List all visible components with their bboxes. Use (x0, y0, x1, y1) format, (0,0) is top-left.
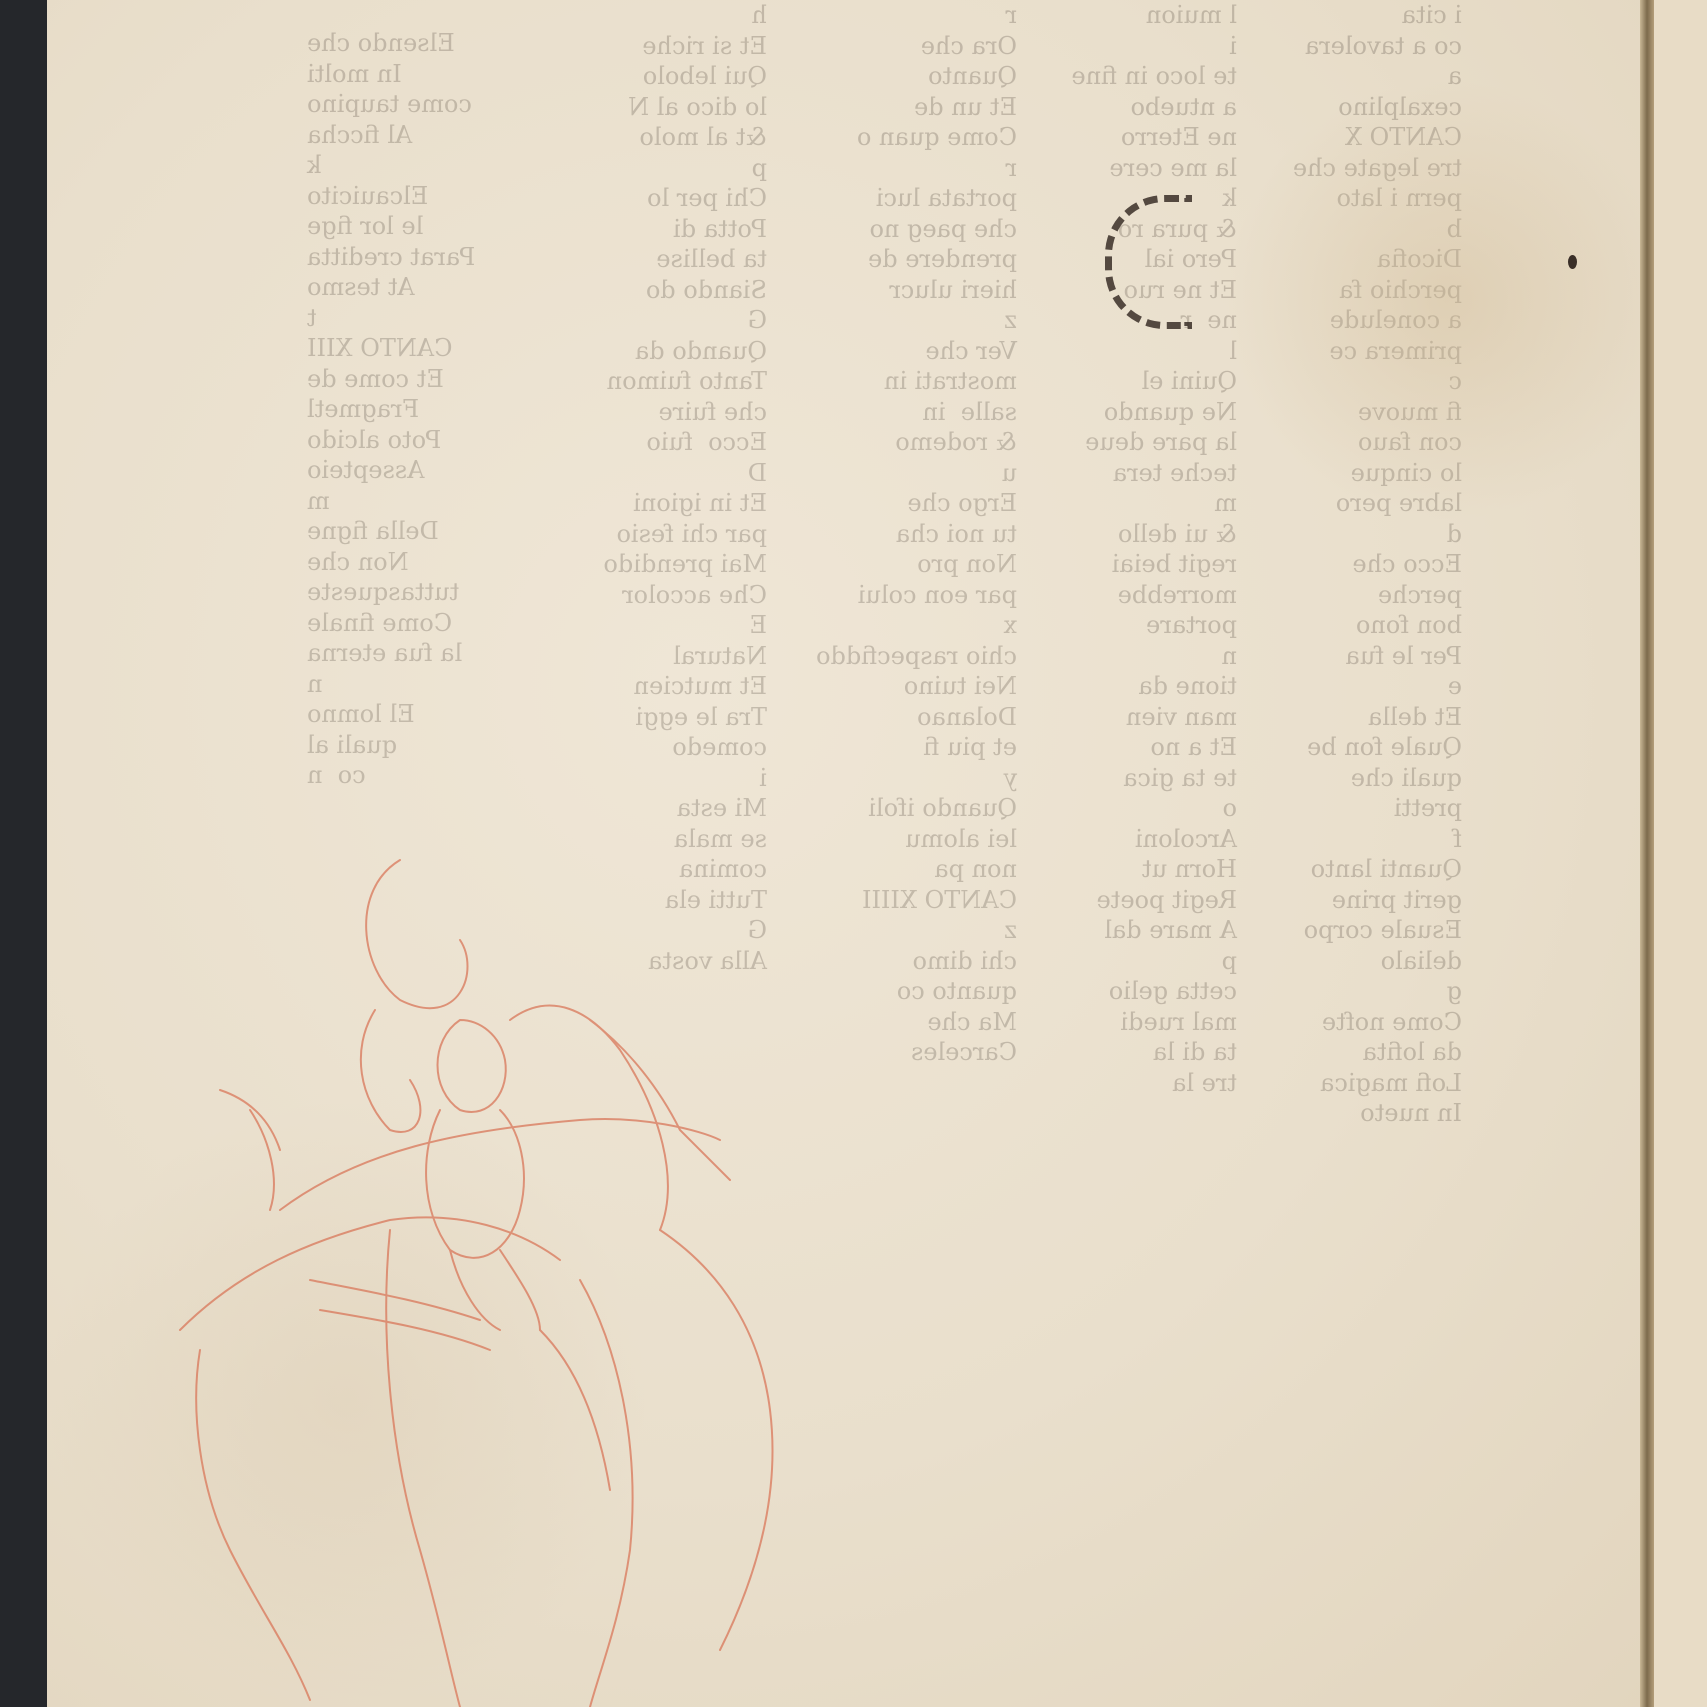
show-through-line: g (1242, 976, 1462, 1007)
show-through-line: Come quan o (787, 122, 1017, 153)
show-through-line: come taupino (307, 89, 497, 120)
show-through-line: portare (1037, 610, 1237, 641)
show-through-line: c (1242, 366, 1462, 397)
show-through-line: Et in igioni (557, 488, 767, 519)
show-through-line: & ui dello (1037, 519, 1237, 550)
show-through-line: comedo (557, 732, 767, 763)
show-through-line: Et come de (307, 364, 497, 395)
show-through-line: Non pro (787, 549, 1017, 580)
show-through-line: tione da (1037, 671, 1237, 702)
show-through-line: quali al (307, 730, 497, 761)
show-through-line: che fuire (557, 397, 767, 428)
show-through-line: lo dico al N (557, 92, 767, 123)
show-through-line: E (557, 610, 767, 641)
show-through-line: mostrati in (787, 366, 1017, 397)
show-through-line: par eon colui (787, 580, 1017, 611)
show-through-line: f (1242, 824, 1462, 855)
show-through-line: Ne quando (1037, 397, 1237, 428)
show-through-line: lo cinque (1242, 458, 1462, 489)
red-chalk-sketch (160, 850, 840, 1707)
show-through-line: Horn ut (1037, 854, 1237, 885)
page-gutter (1640, 0, 1654, 1707)
show-through-line: tuttasqueste (307, 577, 497, 608)
show-through-line: CANTO XIII (307, 333, 497, 364)
show-through-line: regit beiai (1037, 549, 1237, 580)
show-through-line: Ecco fuio (557, 427, 767, 458)
show-through-text-column-1: Elsendo cheIn molticome taupinoAl ficcha… (307, 28, 497, 791)
show-through-line: i (557, 763, 767, 794)
show-through-line: ta bellise (557, 244, 767, 275)
show-through-line: i cita (1242, 0, 1462, 31)
show-through-line: A mare dal (1037, 915, 1237, 946)
show-through-line: la pare deue (1037, 427, 1237, 458)
show-through-line: Ora che (787, 31, 1017, 62)
show-through-line: Et un de (787, 92, 1017, 123)
show-through-line: chio raspecfiddo (787, 641, 1017, 672)
show-through-line: Fragmetl (307, 394, 497, 425)
show-through-line: hieri ulucr (787, 275, 1017, 306)
show-through-line: D (557, 458, 767, 489)
show-through-line: Lofi magica (1242, 1068, 1462, 1099)
show-through-line: Dicofia (1242, 244, 1462, 275)
show-through-line: Della figne (307, 516, 497, 547)
show-through-line: z (787, 305, 1017, 336)
show-through-line: p (1037, 946, 1237, 977)
show-through-text-column-4: l muionite loco in finea ntuebone Eterro… (1037, 0, 1237, 1098)
show-through-line: In molti (307, 59, 497, 90)
show-through-line: morrebbe (1037, 580, 1237, 611)
show-through-line: Dolanao (787, 702, 1017, 733)
show-through-line: Al ficcha (307, 120, 497, 151)
show-through-line: Quando da (557, 336, 767, 367)
show-through-line: Ecco che (1242, 549, 1462, 580)
show-through-line: da lofita (1242, 1037, 1462, 1068)
show-through-line: Et a no (1037, 732, 1237, 763)
show-through-line: co a tavolera (1242, 31, 1462, 62)
show-through-line: la me cere (1037, 153, 1237, 184)
show-through-line: la fua eterna (307, 638, 497, 669)
show-through-line: Quando ifoli (787, 793, 1017, 824)
show-through-line: e (1242, 671, 1462, 702)
show-through-line: Arcoloni (1037, 824, 1237, 855)
show-through-text-column-2: hEt si richeQui lebololo dico al N&t al … (557, 0, 767, 976)
show-through-line: delialo (1242, 946, 1462, 977)
show-through-line: k (307, 150, 497, 181)
show-through-line: Quanti lanto (1242, 854, 1462, 885)
show-through-line: fi muove (1242, 397, 1462, 428)
show-through-line: At tesmo (307, 272, 497, 303)
show-through-line: Parat creditta (307, 242, 497, 273)
show-through-line: Per le fua (1242, 641, 1462, 672)
show-through-line: m (1037, 488, 1237, 519)
show-through-line: gerit prine (1242, 885, 1462, 916)
show-through-line: n (1037, 641, 1237, 672)
show-through-line: man vien (1037, 702, 1237, 733)
show-through-line: Tra le eggi (557, 702, 767, 733)
show-through-line: portata luci (787, 183, 1017, 214)
show-through-line: a ntuebo (1037, 92, 1237, 123)
show-through-line: r (787, 153, 1017, 184)
show-through-line: Et della (1242, 702, 1462, 733)
show-through-line: teche tera (1037, 458, 1237, 489)
show-through-line: tre legate che (1242, 153, 1462, 184)
show-through-line: par chi fesio (557, 519, 767, 550)
show-through-line: te ta gica (1037, 763, 1237, 794)
show-through-line: le lor fige (307, 211, 497, 242)
show-through-line: Regit poete (1037, 885, 1237, 916)
show-through-line: a (1242, 61, 1462, 92)
show-through-line: l (1037, 336, 1237, 367)
show-through-line: r (787, 0, 1017, 31)
show-through-line: n (307, 669, 497, 700)
show-through-line: y (787, 763, 1017, 794)
show-through-line: Nei tuino (787, 671, 1017, 702)
show-through-line: i (1037, 31, 1237, 62)
show-through-line: Et si riche (557, 31, 767, 62)
binding-edge (0, 0, 47, 1707)
show-through-line: cexalplino (1242, 92, 1462, 123)
show-through-text-column-5: i citaco a tavoleraacexalplinoCANTO Xtre… (1242, 0, 1462, 1129)
show-through-line: primera ce (1242, 336, 1462, 367)
show-through-line: Mai prendido (557, 549, 767, 580)
show-through-line: Potta di (557, 214, 767, 245)
show-through-line: Siando do (557, 275, 767, 306)
show-through-line: co n (307, 760, 497, 791)
show-through-line: tu noi cha (787, 519, 1017, 550)
show-through-line: pretti (1242, 793, 1462, 824)
adjacent-page-edge (1654, 0, 1707, 1707)
show-through-line: Qui lebolo (557, 61, 767, 92)
show-through-line: l muion (1037, 0, 1237, 31)
show-through-line: Tanto fuimon (557, 366, 767, 397)
show-through-line: bon fono (1242, 610, 1462, 641)
show-through-line: con fauo (1242, 427, 1462, 458)
show-through-line: Non che (307, 547, 497, 578)
show-through-line: Mi esta (557, 793, 767, 824)
show-through-line: Quini el (1037, 366, 1237, 397)
show-through-line: Come finale (307, 608, 497, 639)
show-through-line: a conelude (1242, 305, 1462, 336)
show-through-line: tre la (1037, 1068, 1237, 1099)
show-through-line: perchio fa (1242, 275, 1462, 306)
show-through-line: Poto alcido (307, 425, 497, 456)
show-through-line: salle in (787, 397, 1017, 428)
show-through-line: ne Eterro (1037, 122, 1237, 153)
show-through-line: In nueto (1242, 1098, 1462, 1129)
show-through-line: cetta gelio (1037, 976, 1237, 1007)
show-through-line: pern i lato (1242, 183, 1462, 214)
show-through-line: m (307, 486, 497, 517)
show-through-line: CANTO X (1242, 122, 1462, 153)
show-through-line: h (557, 0, 767, 31)
show-through-line: Assepteio (307, 455, 497, 486)
show-through-line: t (307, 303, 497, 334)
show-through-line: ta di la (1037, 1037, 1237, 1068)
show-through-line: Quale fon be (1242, 732, 1462, 763)
show-through-line: Quanto (787, 61, 1017, 92)
show-through-line: Che accolor (557, 580, 767, 611)
show-through-line: Ergo che (787, 488, 1017, 519)
show-through-line: Come nofte (1242, 1007, 1462, 1038)
show-through-line: Ver che (787, 336, 1017, 367)
show-through-line: Et mutcien (557, 671, 767, 702)
show-through-line: quali che (1242, 763, 1462, 794)
show-through-line: et piu fi (787, 732, 1017, 763)
show-through-line: Elcauicito (307, 181, 497, 212)
show-through-line: x (787, 610, 1017, 641)
show-through-line: prendere de (787, 244, 1017, 275)
show-through-line: perche (1242, 580, 1462, 611)
show-through-line: Natural (557, 641, 767, 672)
show-through-line: & rodemo (787, 427, 1017, 458)
show-through-line: mal ruedi (1037, 1007, 1237, 1038)
show-through-line: Chi per lo (557, 183, 767, 214)
show-through-line: labre pero (1242, 488, 1462, 519)
show-through-line: u (787, 458, 1017, 489)
show-through-line: che paeg no (787, 214, 1017, 245)
show-through-line: Esuale corpo (1242, 915, 1462, 946)
show-through-line: te loco in fine (1037, 61, 1237, 92)
show-through-line: b (1242, 214, 1462, 245)
show-through-line: d (1242, 519, 1462, 550)
show-through-line: o (1037, 793, 1237, 824)
show-through-line: p (557, 153, 767, 184)
ink-spot (1568, 255, 1577, 269)
show-through-line: El lomno (307, 699, 497, 730)
show-through-line: Elsendo che (307, 28, 497, 59)
show-through-line: G (557, 305, 767, 336)
show-through-line: &t al molo (557, 122, 767, 153)
